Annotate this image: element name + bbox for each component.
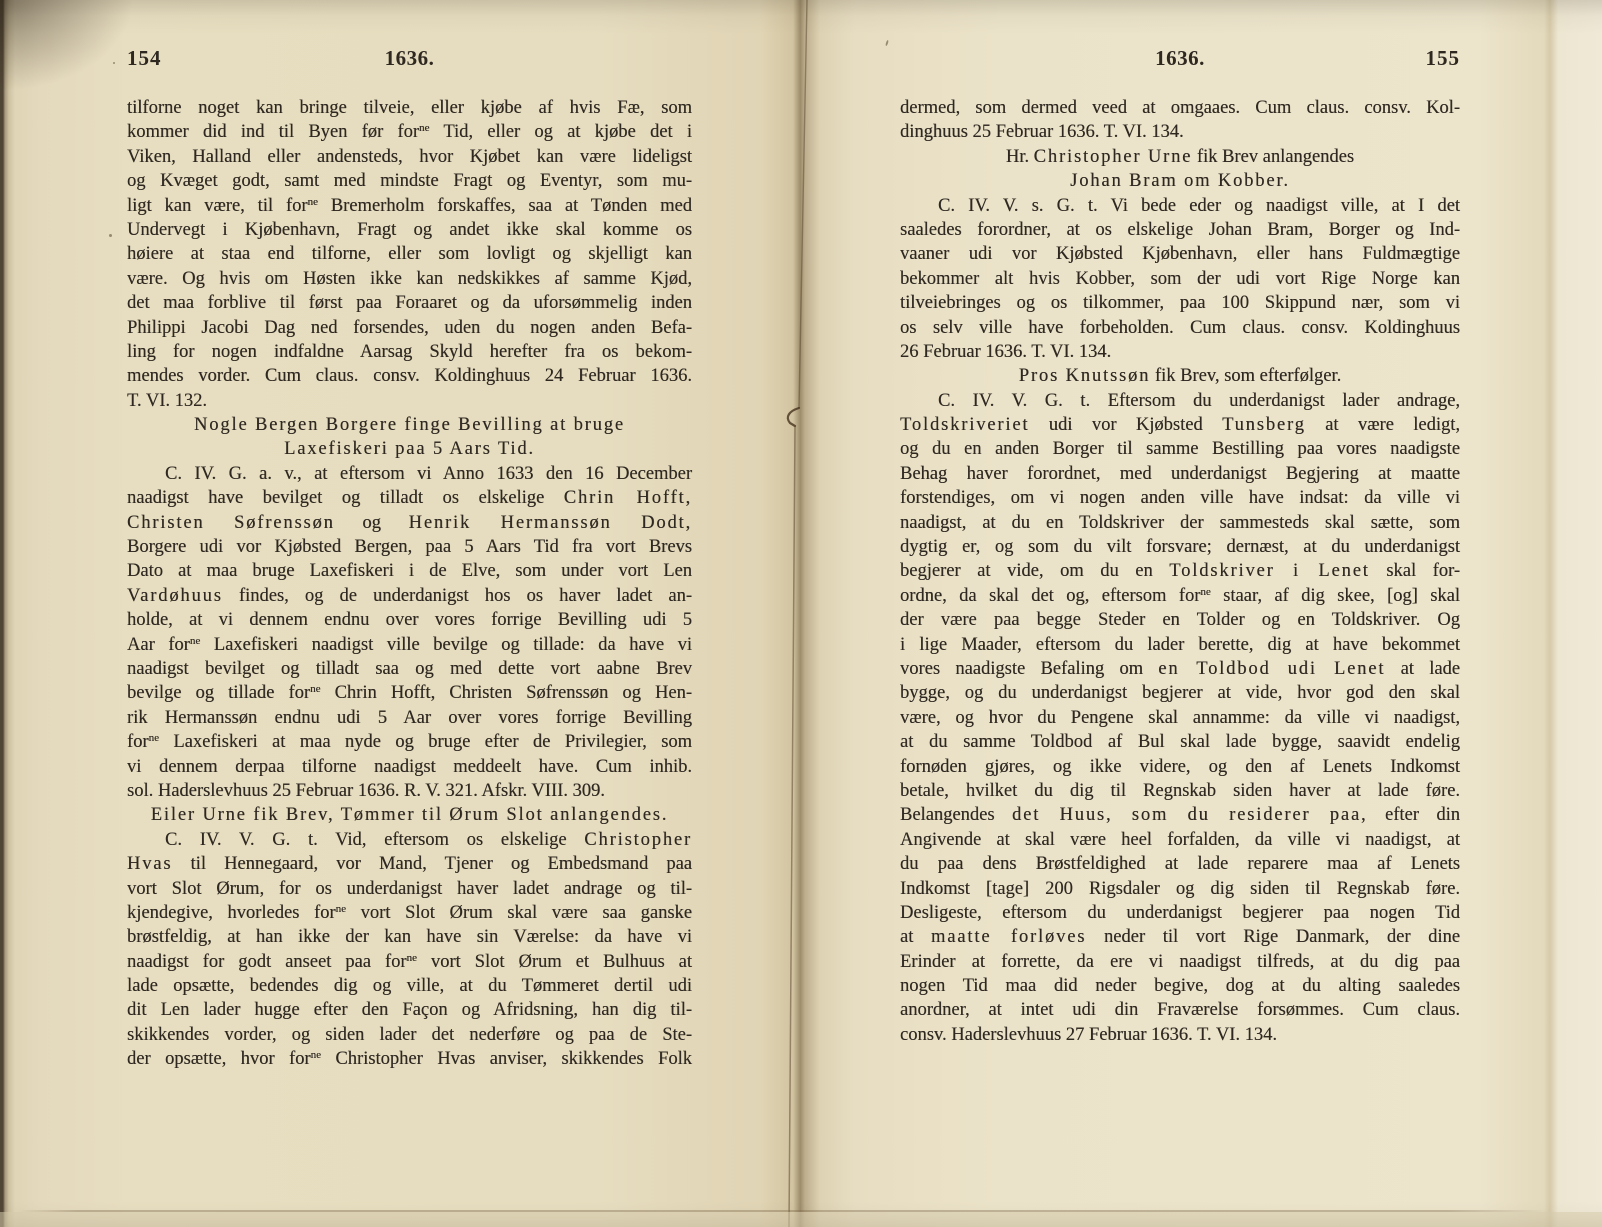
- text-segment: efter din: [1367, 805, 1460, 825]
- heading-line: Nogle Bergen Borgere finge Bevilling at …: [127, 413, 692, 437]
- text-line: betale, hvilket du dig til Regnskab side…: [900, 779, 1460, 803]
- letterspaced-text: Tunsberg: [1222, 415, 1306, 435]
- text-segment: Philippi Jacobi Dag ned forsendes, uden …: [127, 318, 692, 338]
- left-running-head: 1636.: [385, 46, 435, 71]
- text-line: saaledes forordner, at os elskelige Joha…: [900, 218, 1460, 242]
- text-segment: til Hennegaard, vor Mand, Tjener og Embe…: [172, 854, 692, 874]
- text-line: nogen Tid maa did neder begive, dog at d…: [900, 974, 1460, 998]
- letterspaced-text: Christopher: [584, 830, 692, 850]
- text-line: bygge, og du underdanigst begjerer at vi…: [900, 681, 1460, 705]
- letterspaced-text: Christen Søfrenssøn: [127, 513, 335, 533]
- text-line: C. IV. V. s. G. t. Vi bede eder og naadi…: [900, 194, 1460, 218]
- text-segment: Bremerholm forskaffes, saa at Tønden med: [318, 196, 692, 216]
- text-segment: bygge, og du underdanigst begjerer at vi…: [900, 683, 1460, 703]
- text-segment: T. VI. 132.: [127, 391, 207, 411]
- text-segment: ligt kan være, til for: [127, 196, 308, 216]
- letterspaced-text: Laxefiskeri paa 5 Aars Tid.: [284, 439, 535, 459]
- text-line: Belangendes det Huus, som du residerer p…: [900, 803, 1460, 827]
- text-line: og Kvæget godt, samt med mindste Fragt o…: [127, 169, 692, 193]
- text-segment: dygtig er, og som du vilt forsvare; dern…: [900, 537, 1460, 557]
- text-segment: vores naadigste Befaling om: [900, 659, 1158, 679]
- text-line: høiere at staa end tilforne, eller som l…: [127, 242, 692, 266]
- section-heading: Eiler Urne fik Brev, Tømmer til Ørum Slo…: [127, 803, 692, 827]
- text-segment: og: [335, 513, 409, 533]
- letterspaced-text: Christopher Urne: [1034, 147, 1193, 167]
- text-segment: vi dennem derpaa tilforne naadigst medde…: [127, 757, 692, 777]
- superscript-abbreviation: ne: [310, 683, 320, 695]
- text-segment: ordne, da skal det og, eftersom for: [900, 586, 1200, 606]
- letterspaced-text: Johan Bram om Kobber.: [1070, 171, 1290, 191]
- text-line: Viken, Halland eller andensteds, hvor Kj…: [127, 145, 692, 169]
- text-segment: dit Len lader hugge efter den Façon og A…: [127, 1000, 692, 1020]
- text-line: vores naadigste Befaling om en Toldbod u…: [900, 657, 1460, 681]
- text-segment: C. IV. V. G. t. Vid, eftersom os elskeli…: [165, 830, 584, 850]
- text-segment: saaledes forordner, at os elskelige Joha…: [900, 220, 1460, 240]
- text-line: dygtig er, og som du vilt forsvare; dern…: [900, 535, 1460, 559]
- text-line: kommer did ind til Byen før forne Tid, e…: [127, 120, 692, 144]
- letterspaced-text: Toldskriver i Lenet: [1169, 561, 1370, 581]
- text-line: Behag haver forordnet, med underdanigst …: [900, 462, 1460, 486]
- text-line: vaaner udi vor Kjøbsted Kjøbenhavn, elle…: [900, 242, 1460, 266]
- right-running-head: 1636.: [1155, 46, 1205, 71]
- text-segment: Christopher Hvas anviser, skikkendes Fol…: [321, 1049, 692, 1069]
- text-segment: Aar for: [127, 635, 190, 655]
- text-segment: du paa dens Brøstfeldighed at lade repar…: [900, 854, 1460, 874]
- text-segment: fik Brev, som efterfølger.: [1150, 366, 1341, 386]
- text-line: 26 Februar 1636. T. VI. 134.: [900, 340, 1460, 364]
- text-line: fornøden gjøres, og ikke videre, og den …: [900, 755, 1460, 779]
- text-line: Christen Søfrenssøn og Henrik Hermanssøn…: [127, 511, 692, 535]
- text-segment: begjerer at vide, om du en: [900, 561, 1169, 581]
- text-line: ligt kan være, til forne Bremerholm fors…: [127, 194, 692, 218]
- right-page-header: 1636. 155: [900, 46, 1460, 72]
- text-line: forstendiges, om vi nogen anden ville ha…: [900, 486, 1460, 510]
- text-segment: Indkomst [tage] 200 Rigsdaler og dig sid…: [900, 879, 1460, 899]
- text-segment: og du en anden Borger til samme Bestilli…: [900, 439, 1460, 459]
- text-segment: Behag haver forordnet, med underdanigst …: [900, 464, 1460, 484]
- text-line: i lige Maader, eftersom du lader berette…: [900, 633, 1460, 657]
- text-segment: for: [127, 732, 149, 752]
- paragraph: dermed, som dermed veed at omgaaes. Cum …: [900, 96, 1460, 145]
- text-segment: vaaner udi vor Kjøbsted Kjøbenhavn, elle…: [900, 244, 1460, 264]
- text-segment: Laxefiskeri at maa nyde og bruge efter d…: [159, 732, 692, 752]
- text-segment: tilforne noget kan bringe tilveie, eller…: [127, 98, 692, 118]
- text-segment: at lade: [1385, 659, 1460, 679]
- text-line: dit Len lader hugge efter den Façon og A…: [127, 998, 692, 1022]
- text-segment: bevilge og tillade for: [127, 683, 310, 703]
- text-line: C. IV. V. G. t. Eftersom du underdanigst…: [900, 389, 1460, 413]
- text-line: være. Og hvis om Høsten ikke kan nedskik…: [127, 267, 692, 291]
- text-segment: naadigst for godt anseet paa for: [127, 952, 407, 972]
- text-segment: Chrin Hofft, Christen Søfrenssøn og Hen-: [320, 683, 692, 703]
- text-line: Toldskriveriet udi vor Kjøbsted Tunsberg…: [900, 413, 1460, 437]
- text-line: og du en anden Borger til samme Bestilli…: [900, 437, 1460, 461]
- text-line: consv. Haderslevhuus 27 Februar 1636. T.…: [900, 1023, 1460, 1047]
- text-segment: Erinder at forrette, da ere vi naadigst …: [900, 952, 1460, 972]
- text-line: bevilge og tillade forne Chrin Hofft, Ch…: [127, 681, 692, 705]
- text-line: kjendegive, hvorledes forne vort Slot Ør…: [127, 901, 692, 925]
- text-segment: os selv ville have forbeholden. Cum clau…: [900, 318, 1460, 338]
- text-segment: nogen Tid maa did neder begive, dog at d…: [900, 976, 1460, 996]
- text-segment: høiere at staa end tilforne, eller som l…: [127, 244, 692, 264]
- text-segment: C. IV. V. G. t. Eftersom du underdanigst…: [938, 391, 1460, 411]
- text-line: C. IV. V. G. t. Vid, eftersom os elskeli…: [127, 828, 692, 852]
- text-line: lade opsætte, bedendes dig og ville, at …: [127, 974, 692, 998]
- text-segment: consv. Haderslevhuus 27 Februar 1636. T.…: [900, 1025, 1277, 1045]
- superscript-abbreviation: ne: [149, 732, 159, 744]
- text-segment: anordner, at intet udi din Fraværelse fo…: [900, 1000, 1460, 1020]
- text-segment: 26 Februar 1636. T. VI. 134.: [900, 342, 1111, 362]
- text-line: der opsætte, hvor forne Christopher Hvas…: [127, 1047, 692, 1071]
- text-line: ling for nogen indfaldne Aarsag Skyld he…: [127, 340, 692, 364]
- text-line: Angivende at skal være heel forfalden, d…: [900, 828, 1460, 852]
- text-line: tilveiebringes og os tilkommer, paa 100 …: [900, 291, 1460, 315]
- text-line: naadigst have bevilget og tilladt os els…: [127, 486, 692, 510]
- text-line: brøstfeldig, at han ikke der kan have si…: [127, 925, 692, 949]
- text-line: holde, at vi dennem endnu over vores for…: [127, 608, 692, 632]
- text-line: at maatte forløves neder til vort Rige D…: [900, 925, 1460, 949]
- text-segment: neder til vort Rige Danmark, der dine: [1086, 927, 1460, 947]
- letterspaced-text: maatte forløves: [931, 927, 1086, 947]
- text-segment: Desligeste, eftersom du underdanigst beg…: [900, 903, 1460, 923]
- text-segment: Angivende at skal være heel forfalden, d…: [900, 830, 1460, 850]
- text-segment: Laxefiskeri naadigst ville bevilge og ti…: [200, 635, 692, 655]
- heading-line: Johan Bram om Kobber.: [900, 169, 1460, 193]
- text-segment: vort Slot Ørum skal være saa ganske: [346, 903, 692, 923]
- text-segment: bekommer alt hvis Kobber, som der udi vo…: [900, 269, 1460, 289]
- text-segment: være, og hvor du Pengene skal annamme: d…: [900, 708, 1460, 728]
- paragraph: C. IV. V. G. t. Eftersom du underdanigst…: [900, 389, 1460, 1048]
- text-segment: brøstfeldig, at han ikke der kan have si…: [127, 927, 692, 947]
- letterspaced-text: det Huus, som du residerer paa,: [1012, 805, 1367, 825]
- superscript-abbreviation: ne: [419, 122, 429, 134]
- text-segment: dinghuus 25 Februar 1636. T. VI. 134.: [900, 122, 1184, 142]
- text-segment: staar, af dig skee, [og] skal: [1211, 586, 1460, 606]
- text-segment: ling for nogen indfaldne Aarsag Skyld he…: [127, 342, 692, 362]
- text-segment: lade opsætte, bedendes dig og ville, at …: [127, 976, 692, 996]
- text-line: naadigst, at du en Toldskriver der samme…: [900, 511, 1460, 535]
- superscript-abbreviation: ne: [336, 903, 346, 915]
- text-segment: at du samme Toldbod af Bul skal lade byg…: [900, 732, 1460, 752]
- text-line: mendes vorder. Cum claus. consv. Kolding…: [127, 364, 692, 388]
- text-segment: C. IV. G. a. v., at eftersom vi Anno 163…: [165, 464, 692, 484]
- text-segment: at: [900, 927, 931, 947]
- dust-speck: [109, 234, 112, 237]
- text-line: dermed, som dermed veed at omgaaes. Cum …: [900, 96, 1460, 120]
- text-line: der være paa begge Steder en Tolder og e…: [900, 608, 1460, 632]
- text-line: Erinder at forrette, da ere vi naadigst …: [900, 950, 1460, 974]
- section-heading: Hr. Christopher Urne fik Brev anlangende…: [900, 145, 1460, 194]
- text-line: Undervegt i Kjøbenhavn, Fragt og andet i…: [127, 218, 692, 242]
- right-page-number: 155: [1426, 46, 1461, 71]
- text-segment: C. IV. V. s. G. t. Vi bede eder og naadi…: [938, 196, 1460, 216]
- superscript-abbreviation: ne: [308, 196, 318, 208]
- text-segment: tilveiebringes og os tilkommer, paa 100 …: [900, 293, 1460, 313]
- text-segment: der være paa begge Steder en Tolder og e…: [900, 610, 1460, 630]
- letterspaced-text: Hvas: [127, 854, 172, 874]
- text-segment: betale, hvilket du dig til Regnskab side…: [900, 781, 1460, 801]
- text-segment: findes, og de underdanigst hos os haver …: [223, 586, 692, 606]
- text-line: Dato at maa bruge Laxefiskeri i de Elve,…: [127, 559, 692, 583]
- text-segment: forstendiges, om vi nogen anden ville ha…: [900, 488, 1460, 508]
- heading-line: Eiler Urne fik Brev, Tømmer til Ørum Slo…: [127, 803, 692, 827]
- text-segment: der opsætte, hvor for: [127, 1049, 311, 1069]
- text-line: Aar forne Laxefiskeri naadigst ville bev…: [127, 633, 692, 657]
- letterspaced-text: Pros Knutssøn: [1019, 366, 1150, 386]
- right-page-text: dermed, som dermed veed at omgaaes. Cum …: [900, 96, 1460, 1047]
- letterspaced-text: Eiler Urne fik Brev, Tømmer til Ørum Slo…: [151, 805, 669, 825]
- text-segment: at være ledigt,: [1306, 415, 1460, 435]
- text-line: du paa dens Brøstfeldighed at lade repar…: [900, 852, 1460, 876]
- below-page-area: [0, 1212, 1602, 1227]
- text-line: vort Slot Ørum, for os underdanigst have…: [127, 877, 692, 901]
- letterspaced-text: Vardøhuus: [127, 586, 223, 606]
- text-line: skikkendes vorder, og siden lader det ne…: [127, 1023, 692, 1047]
- letterspaced-text: Nogle Bergen Borgere finge Bevilling at …: [194, 415, 625, 435]
- text-segment: Tid, eller og at kjøbe det i: [429, 122, 692, 142]
- text-line: Desligeste, eftersom du underdanigst beg…: [900, 901, 1460, 925]
- text-line: dinghuus 25 Februar 1636. T. VI. 134.: [900, 120, 1460, 144]
- text-line: at du samme Toldbod af Bul skal lade byg…: [900, 730, 1460, 754]
- section-heading: Nogle Bergen Borgere finge Bevilling at …: [127, 413, 692, 462]
- letterspaced-text: en Toldbod udi Lenet: [1158, 659, 1385, 679]
- text-segment: vort Slot Ørum, for os underdanigst have…: [127, 879, 692, 899]
- text-line: det maa forblive til først paa Foraaret …: [127, 291, 692, 315]
- superscript-abbreviation: ne: [190, 635, 200, 647]
- left-page-header: 154 1636.: [127, 46, 692, 72]
- text-segment: vort Slot Ørum et Bulhuus at: [417, 952, 692, 972]
- text-segment: kjendegive, hvorledes for: [127, 903, 336, 923]
- letterspaced-text: Henrik Hermanssøn Dodt,: [409, 513, 692, 533]
- left-page-number: 154: [127, 46, 162, 71]
- dust-speck: [885, 40, 889, 46]
- text-line: T. VI. 132.: [127, 389, 692, 413]
- text-line: Indkomst [tage] 200 Rigsdaler og dig sid…: [900, 877, 1460, 901]
- text-line: Vardøhuus findes, og de underdanigst hos…: [127, 584, 692, 608]
- letterspaced-text: Chrin Hofft,: [564, 488, 692, 508]
- superscript-abbreviation: ne: [1200, 586, 1210, 598]
- text-line: sol. Haderslevhuus 25 Februar 1636. R. V…: [127, 779, 692, 803]
- superscript-abbreviation: ne: [407, 952, 417, 964]
- text-segment: udi vor Kjøbsted: [1029, 415, 1222, 435]
- text-segment: skikkendes vorder, og siden lader det ne…: [127, 1025, 692, 1045]
- text-segment: naadigst have bevilget og tilladt os els…: [127, 488, 564, 508]
- text-segment: Hr.: [1006, 147, 1034, 167]
- text-segment: fik Brev anlangendes: [1192, 147, 1354, 167]
- paragraph: tilforne noget kan bringe tilveie, eller…: [127, 96, 692, 413]
- paragraph: C. IV. V. G. t. Vid, eftersom os elskeli…: [127, 828, 692, 1072]
- text-segment: det maa forblive til først paa Foraaret …: [127, 293, 692, 313]
- text-line: Philippi Jacobi Dag ned forsendes, uden …: [127, 316, 692, 340]
- text-segment: Borgere udi vor Kjøbsted Bergen, paa 5 A…: [127, 537, 692, 557]
- section-heading: Pros Knutssøn fik Brev, som efterfølger.: [900, 364, 1460, 388]
- superscript-abbreviation: ne: [311, 1049, 321, 1061]
- text-segment: i lige Maader, eftersom du lader berette…: [900, 635, 1460, 655]
- text-segment: Undervegt i Kjøbenhavn, Fragt og andet i…: [127, 220, 692, 240]
- text-segment: holde, at vi dennem endnu over vores for…: [127, 610, 692, 630]
- text-segment: sol. Haderslevhuus 25 Februar 1636. R. V…: [127, 781, 605, 801]
- heading-line: Pros Knutssøn fik Brev, som efterfølger.: [900, 364, 1460, 388]
- text-line: naadigst bevilget og tilladt saa og med …: [127, 657, 692, 681]
- text-line: C. IV. G. a. v., at eftersom vi Anno 163…: [127, 462, 692, 486]
- text-line: Borgere udi vor Kjøbsted Bergen, paa 5 A…: [127, 535, 692, 559]
- text-segment: og Kvæget godt, samt med mindste Fragt o…: [127, 171, 692, 191]
- text-line: forne Laxefiskeri at maa nyde og bruge e…: [127, 730, 692, 754]
- text-segment: kommer did ind til Byen før for: [127, 122, 419, 142]
- dust-speck: [113, 62, 115, 64]
- text-segment: rik Hermanssøn endnu udi 5 Aar over vore…: [127, 708, 692, 728]
- text-line: anordner, at intet udi din Fraværelse fo…: [900, 998, 1460, 1022]
- left-page-text: tilforne noget kan bringe tilveie, eller…: [127, 96, 692, 1072]
- text-line: vi dennem derpaa tilforne naadigst medde…: [127, 755, 692, 779]
- text-segment: dermed, som dermed veed at omgaaes. Cum …: [900, 98, 1460, 118]
- letterspaced-text: Toldskriveriet: [900, 415, 1029, 435]
- text-line: begjerer at vide, om du en Toldskriver i…: [900, 559, 1460, 583]
- text-segment: være. Og hvis om Høsten ikke kan nedskik…: [127, 269, 692, 289]
- text-line: naadigst for godt anseet paa forne vort …: [127, 950, 692, 974]
- text-line: rik Hermanssøn endnu udi 5 Aar over vore…: [127, 706, 692, 730]
- text-segment: naadigst, at du en Toldskriver der samme…: [900, 513, 1460, 533]
- book-scan: 154 1636. 1636. 155 tilforne noget kan b…: [0, 0, 1602, 1227]
- text-segment: fornøden gjøres, og ikke videre, og den …: [900, 757, 1460, 777]
- text-line: bekommer alt hvis Kobber, som der udi vo…: [900, 267, 1460, 291]
- text-segment: skal for-: [1370, 561, 1460, 581]
- text-segment: Belangendes: [900, 805, 1012, 825]
- text-line: Hvas til Hennegaard, vor Mand, Tjener og…: [127, 852, 692, 876]
- text-segment: Dato at maa bruge Laxefiskeri i de Elve,…: [127, 561, 692, 581]
- text-segment: naadigst bevilget og tilladt saa og med …: [127, 659, 692, 679]
- heading-line: Laxefiskeri paa 5 Aars Tid.: [127, 437, 692, 461]
- text-line: os selv ville have forbeholden. Cum clau…: [900, 316, 1460, 340]
- paragraph: C. IV. V. s. G. t. Vi bede eder og naadi…: [900, 194, 1460, 365]
- text-line: være, og hvor du Pengene skal annamme: d…: [900, 706, 1460, 730]
- text-line: ordne, da skal det og, eftersom forne st…: [900, 584, 1460, 608]
- text-segment: mendes vorder. Cum claus. consv. Kolding…: [127, 366, 692, 386]
- paragraph: C. IV. G. a. v., at eftersom vi Anno 163…: [127, 462, 692, 803]
- text-line: tilforne noget kan bringe tilveie, eller…: [127, 96, 692, 120]
- text-segment: Viken, Halland eller andensteds, hvor Kj…: [127, 147, 692, 167]
- heading-line: Hr. Christopher Urne fik Brev anlangende…: [900, 145, 1460, 169]
